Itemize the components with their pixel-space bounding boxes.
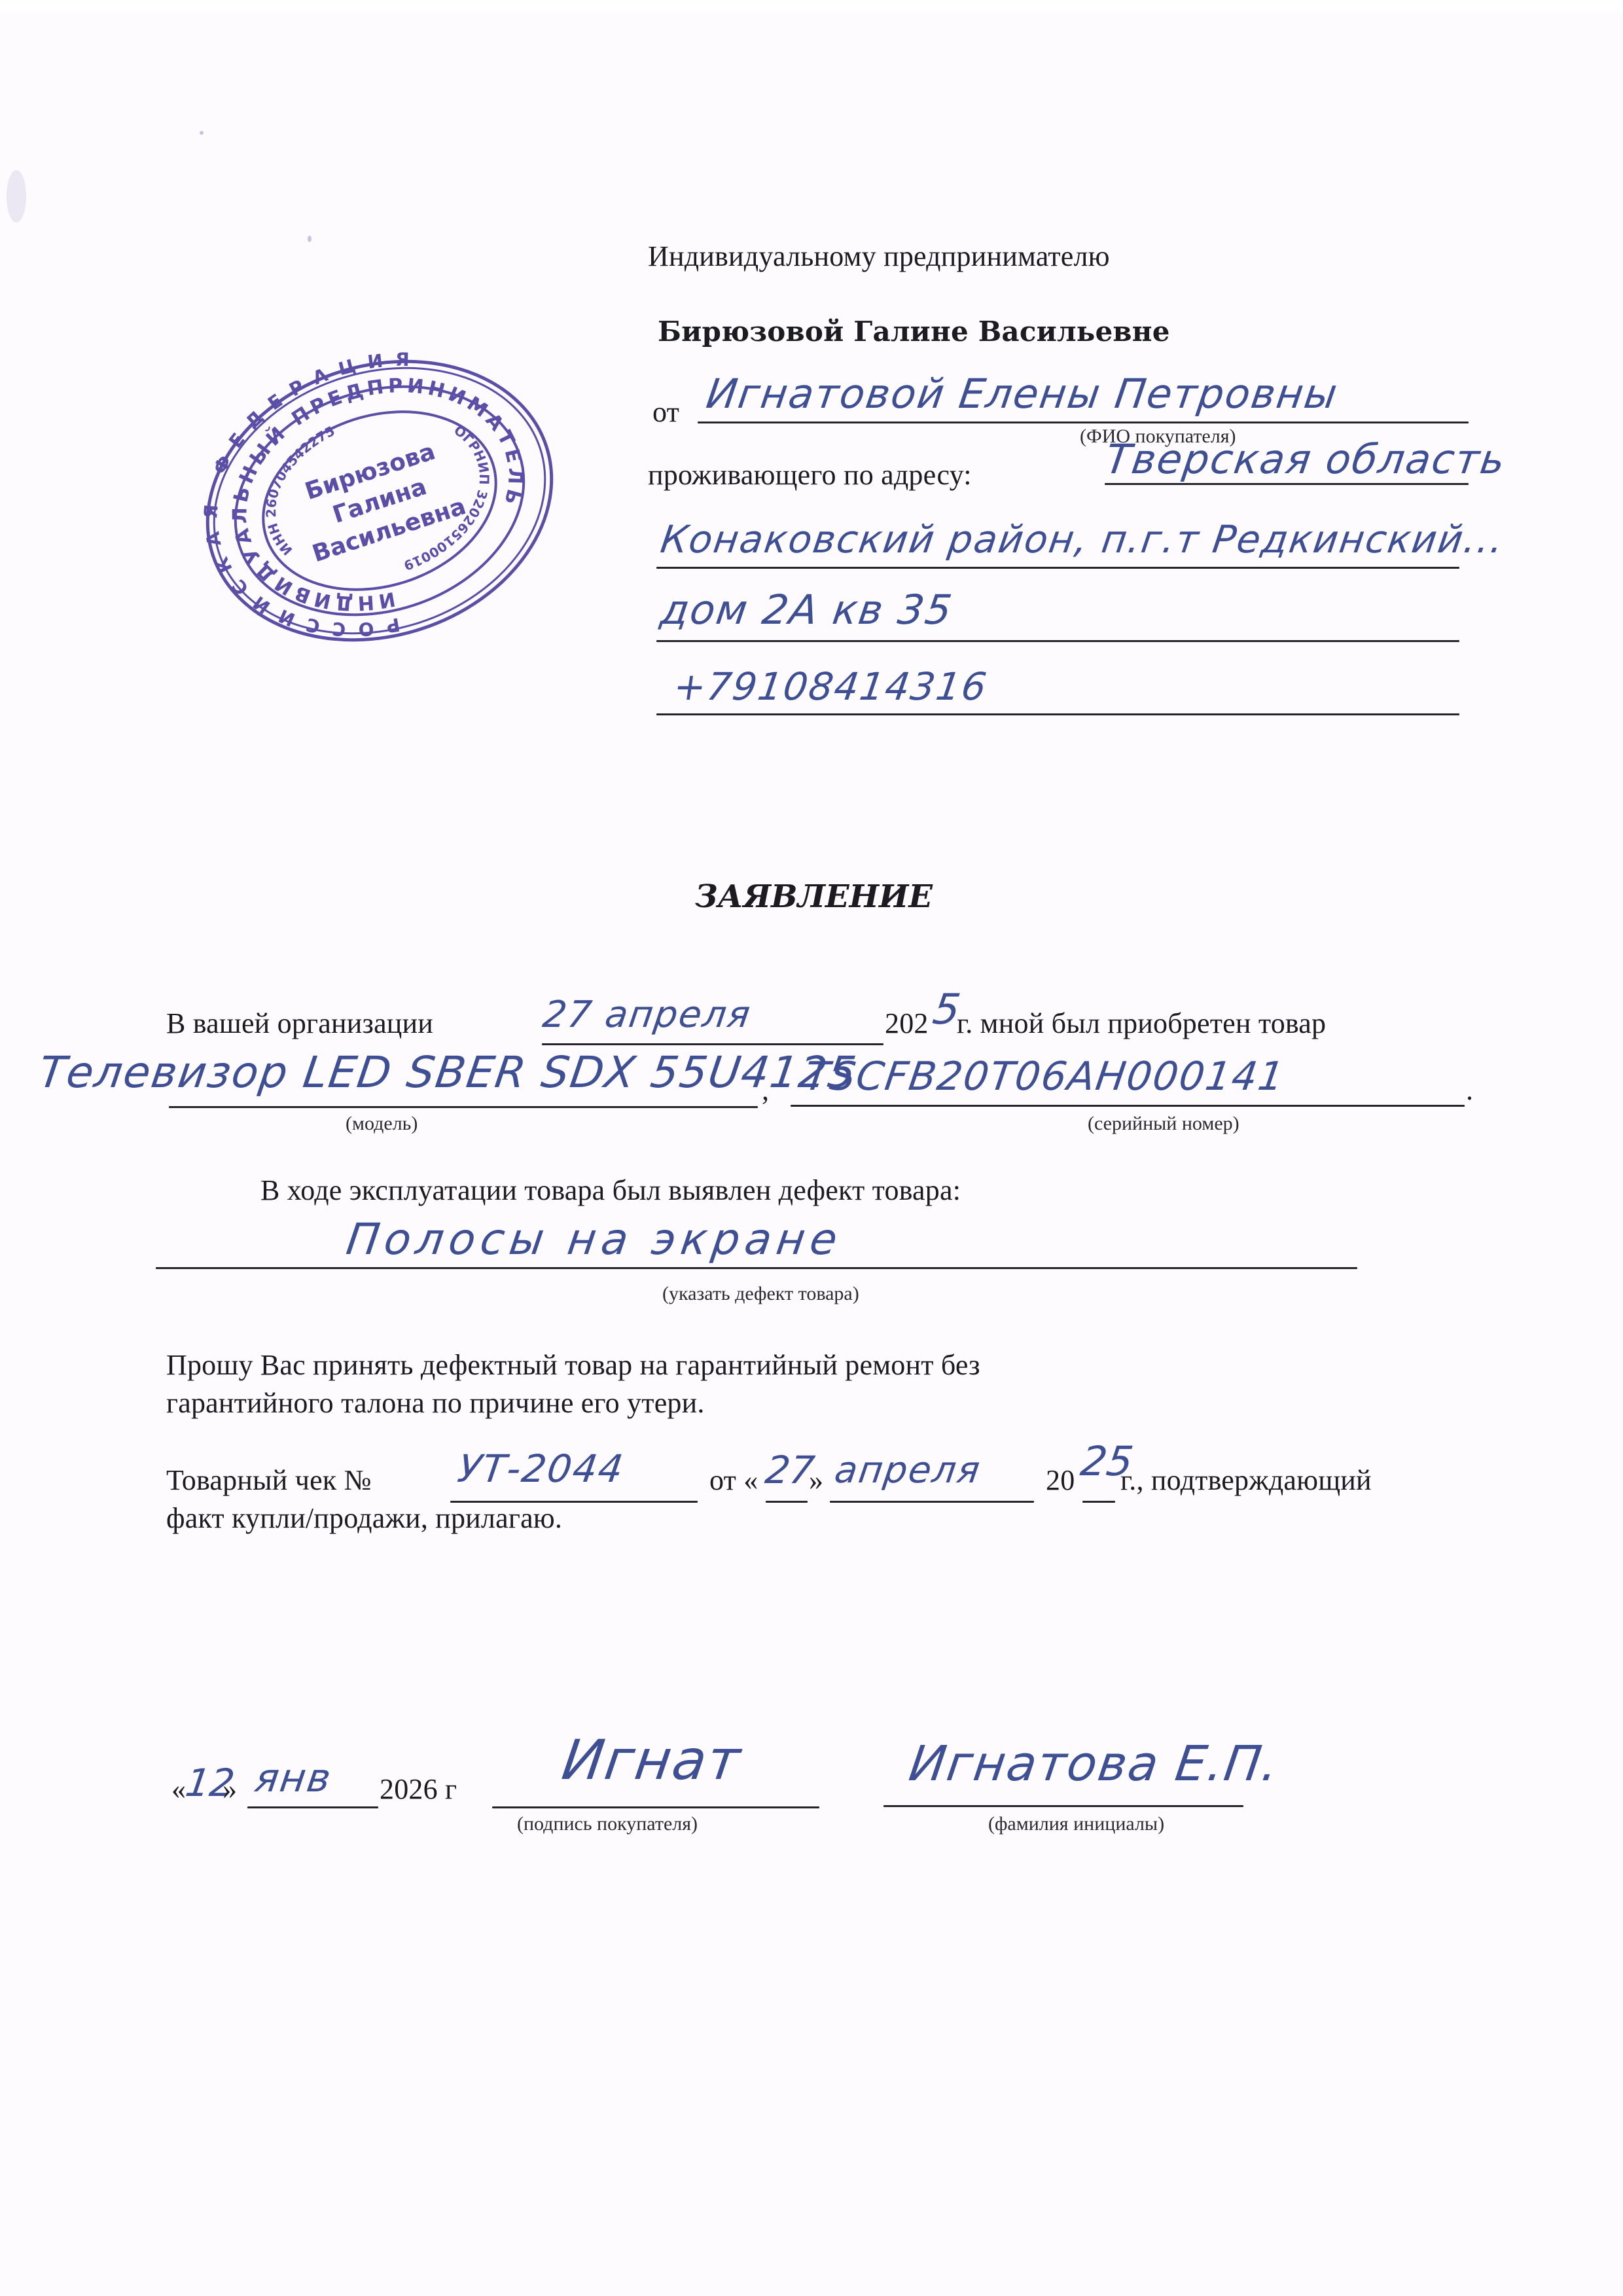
- address-underline-2: [656, 567, 1459, 569]
- defect-prompt: В ходе эксплуатации товара был выявлен д…: [260, 1174, 961, 1207]
- request-line-1: Прошу Вас принять дефектный товар на гар…: [166, 1348, 980, 1382]
- from-underline: [698, 422, 1469, 423]
- serial-underline: [791, 1105, 1465, 1107]
- defect-caption: (указать дефект товара): [662, 1283, 859, 1305]
- receipt-line-2: факт купли/продажи, прилагаю.: [166, 1501, 562, 1535]
- sign-month-underline: [247, 1806, 378, 1808]
- signature-underline: [492, 1806, 819, 1808]
- model-field[interactable]: Телевизор LED SBER SDX 55U4125: [36, 1047, 861, 1098]
- serial-field[interactable]: TSCFB20T06AH000141: [802, 1054, 1288, 1100]
- model-comma: ,: [762, 1073, 769, 1107]
- receipt-day-underline: [766, 1501, 808, 1503]
- receipt-month-field[interactable]: апреля: [832, 1449, 984, 1492]
- phone-field[interactable]: +79108414316: [671, 664, 990, 709]
- company-stamp: РОССИЙСКАЯ ФЕДЕРАЦИЯ ИНДИВИДУАЛЬНЫЙ ПРЕД…: [161, 307, 599, 694]
- signature-caption: (подпись покупателя): [517, 1813, 698, 1835]
- address-underline-1: [1105, 483, 1469, 485]
- addressee-line: Индивидуальному предпринимателю: [648, 240, 1110, 273]
- purchase-suffix: г. мной был приобретен товар: [957, 1007, 1326, 1040]
- scan-speck: [200, 131, 204, 135]
- addressee-name: Бирюзовой Галине Васильевне: [658, 315, 1170, 348]
- receipt-number-field[interactable]: УТ-2044: [455, 1446, 627, 1491]
- buyer-name-field[interactable]: Игнатовой Елены Петровны: [704, 370, 1342, 418]
- model-underline: [169, 1106, 758, 1108]
- defect-underline: [156, 1267, 1357, 1269]
- receipt-year-prefix: 20: [1046, 1463, 1075, 1497]
- scan-speck: [308, 236, 312, 242]
- sign-year-text: 2026 г: [380, 1772, 457, 1806]
- purchase-date-underline: [542, 1043, 883, 1045]
- name-initials-caption: (фамилия инициалы): [988, 1813, 1164, 1835]
- name-initials-field[interactable]: Игнатова Е.П.: [906, 1736, 1283, 1792]
- address-field-line-2[interactable]: Конаковский район, п.г.т Редкинский...: [658, 517, 1507, 562]
- from-label: от: [652, 395, 679, 429]
- sign-month-field[interactable]: янв: [252, 1755, 335, 1801]
- receipt-from-label: от «: [709, 1463, 758, 1497]
- receipt-suffix: г., подтверждающий: [1120, 1463, 1372, 1497]
- purchase-date-field[interactable]: 27 апреля: [540, 994, 754, 1036]
- address-field-line-3[interactable]: дом 2А кв 35: [658, 586, 956, 634]
- serial-period: .: [1466, 1073, 1473, 1107]
- signature-field[interactable]: Игнат: [558, 1728, 745, 1792]
- name-underline: [883, 1805, 1243, 1807]
- address-field-line-1[interactable]: Тверская область: [1103, 435, 1509, 483]
- receipt-year-underline: [1082, 1501, 1115, 1503]
- scan-top-edge: [0, 0, 1623, 12]
- serial-caption: (серийный номер): [1088, 1113, 1240, 1135]
- receipt-prefix: Товарный чек №: [166, 1463, 372, 1497]
- sign-date-close-quote: »: [223, 1772, 237, 1806]
- purchase-prefix: В вашей организации: [166, 1007, 433, 1040]
- scan-speck: [7, 170, 26, 223]
- address-underline-4: [656, 713, 1459, 715]
- receipt-day-close: »: [809, 1463, 823, 1497]
- address-underline-3: [656, 640, 1459, 642]
- defect-field[interactable]: Полосы на экране: [344, 1214, 846, 1265]
- document-title: ЗАЯВЛЕНИЕ: [695, 878, 933, 915]
- request-line-2: гарантийного талона по причине его утери…: [166, 1386, 705, 1420]
- purchase-year-prefix: 202: [885, 1007, 929, 1040]
- receipt-month-underline: [830, 1501, 1034, 1503]
- model-caption: (модель): [346, 1113, 418, 1135]
- address-label: проживающего по адресу:: [648, 458, 972, 492]
